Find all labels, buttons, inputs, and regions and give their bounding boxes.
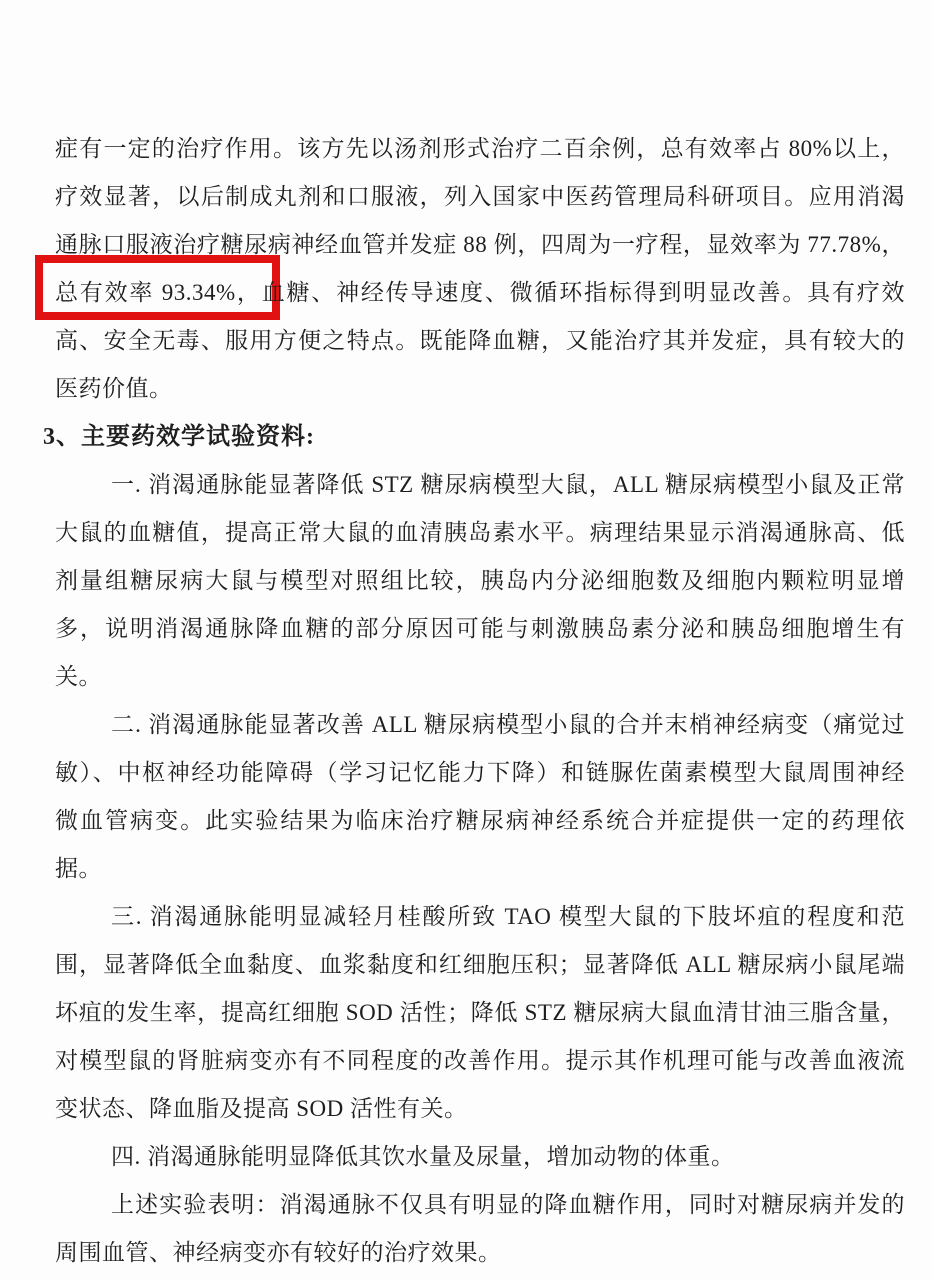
text-line: 二. 消渴通脉能显著改善 ALL 糖尿病模型小鼠的合并末梢神经病变（痛觉过	[55, 701, 905, 749]
highlight-box: 总有效率 93.34%，	[35, 255, 280, 320]
line-text: 三. 消渴通脉能明显减轻月桂酸所致 TAO 模型大鼠的下肢坏疽的程度和范	[111, 904, 905, 929]
line-text: 对模型鼠的肾脏病变亦有不同程度的改善作用。提示其作机理可能与改善血液流	[55, 1048, 905, 1073]
text-line: 医药价值。	[55, 365, 905, 413]
text-line: 坏疽的发生率，提高红细胞 SOD 活性；降低 STZ 糖尿病大鼠血清甘油三脂含量…	[55, 989, 905, 1037]
text-line: 变状态、降血脂及提高 SOD 活性有关。	[55, 1085, 905, 1133]
line-text: 症有一定的治疗作用。该方先以汤剂形式治疗二百余例，总有效率占 80%以上，	[55, 136, 905, 161]
text-line: 大鼠的血糖值，提高正常大鼠的血清胰岛素水平。病理结果显示消渴通脉高、低	[55, 509, 905, 557]
text-line: 一. 消渴通脉能显著降低 STZ 糖尿病模型大鼠，ALL 糖尿病模型小鼠及正常	[55, 461, 905, 509]
line-text: 四. 消渴通脉能明显降低其饮水量及尿量，增加动物的体重。	[111, 1144, 735, 1169]
line-text: 坏疽的发生率，提高红细胞 SOD 活性；降低 STZ 糖尿病大鼠血清甘油三脂含量…	[55, 1000, 905, 1025]
line-text: 医药价值。	[55, 376, 173, 401]
line-text: 周围血管、神经病变亦有较好的治疗效果。	[55, 1240, 502, 1265]
text-line: 疗效显著，以后制成丸剂和口服液，列入国家中医药管理局科研项目。应用消渴	[55, 173, 905, 221]
text-line: 敏）、中枢神经功能障碍（学习记忆能力下降）和链脲佐菌素模型大鼠周围神经	[55, 749, 905, 797]
text-line: 多，说明消渴通脉降血糖的部分原因可能与刺激胰岛素分泌和胰岛细胞增生有	[55, 605, 905, 653]
text-line: 对模型鼠的肾脏病变亦有不同程度的改善作用。提示其作机理可能与改善血液流	[55, 1037, 905, 1085]
line-text: 多，说明消渴通脉降血糖的部分原因可能与刺激胰岛素分泌和胰岛细胞增生有	[55, 616, 905, 641]
text-line: 剂量组糖尿病大鼠与模型对照组比较，胰岛内分泌细胞数及细胞内颗粒明显增	[55, 557, 905, 605]
line-text: 上述实验表明：消渴通脉不仅具有明显的降血糖作用，同时对糖尿病并发的	[111, 1192, 905, 1217]
document-body: 症有一定的治疗作用。该方先以汤剂形式治疗二百余例，总有效率占 80%以上，疗效显…	[55, 125, 905, 1277]
text-line: 四. 消渴通脉能明显降低其饮水量及尿量，增加动物的体重。	[55, 1133, 905, 1181]
text-line: 症有一定的治疗作用。该方先以汤剂形式治疗二百余例，总有效率占 80%以上，	[55, 125, 905, 173]
line-text: 剂量组糖尿病大鼠与模型对照组比较，胰岛内分泌细胞数及细胞内颗粒明显增	[55, 568, 905, 593]
line-text: 二. 消渴通脉能显著改善 ALL 糖尿病模型小鼠的合并末梢神经病变（痛觉过	[111, 712, 905, 737]
line-text: 高、安全无毒、服用方便之特点。既能降血糖，又能治疗其并发症，具有较大的	[55, 328, 905, 353]
line-text: 变状态、降血脂及提高 SOD 活性有关。	[55, 1096, 468, 1121]
text-line: 三. 消渴通脉能明显减轻月桂酸所致 TAO 模型大鼠的下肢坏疽的程度和范	[55, 893, 905, 941]
text-line: 关。	[55, 653, 905, 701]
line-text: 一. 消渴通脉能显著降低 STZ 糖尿病模型大鼠，ALL 糖尿病模型小鼠及正常	[111, 472, 905, 497]
text-line: 总有效率 93.34%，血糖、神经传导速度、微循环指标得到明显改善。具有疗效	[55, 269, 905, 317]
text-line: 高、安全无毒、服用方便之特点。既能降血糖，又能治疗其并发症，具有较大的	[55, 317, 905, 365]
text-line: 微血管病变。此实验结果为临床治疗糖尿病神经系统合并症提供一定的药理依	[55, 797, 905, 845]
text-line: 据。	[55, 845, 905, 893]
document-page: 症有一定的治疗作用。该方先以汤剂形式治疗二百余例，总有效率占 80%以上，疗效显…	[0, 0, 932, 1280]
line-text: 围，显著降低全血黏度、血浆黏度和红细胞压积；显著降低 ALL 糖尿病小鼠尾端	[55, 952, 905, 977]
line-text: 大鼠的血糖值，提高正常大鼠的血清胰岛素水平。病理结果显示消渴通脉高、低	[55, 520, 905, 545]
section-heading: 3、主要药效学试验资料:	[43, 413, 905, 461]
line-text: 血糖、神经传导速度、微循环指标得到明显改善。具有疗效	[262, 280, 905, 305]
text-line: 围，显著降低全血黏度、血浆黏度和红细胞压积；显著降低 ALL 糖尿病小鼠尾端	[55, 941, 905, 989]
line-text: 3、主要药效学试验资料:	[43, 424, 315, 450]
line-text: 微血管病变。此实验结果为临床治疗糖尿病神经系统合并症提供一定的药理依	[55, 808, 905, 833]
text-line: 上述实验表明：消渴通脉不仅具有明显的降血糖作用，同时对糖尿病并发的	[55, 1181, 905, 1229]
text-line: 周围血管、神经病变亦有较好的治疗效果。	[55, 1229, 905, 1277]
line-text: 关。	[55, 664, 102, 689]
line-text: 据。	[55, 856, 102, 881]
line-text: 通脉口服液治疗糖尿病神经血管并发症 88 例，四周为一疗程，显效率为 77.78…	[55, 232, 905, 257]
line-text: 敏）、中枢神经功能障碍（学习记忆能力下降）和链脲佐菌素模型大鼠周围神经	[55, 760, 905, 785]
line-text: 疗效显著，以后制成丸剂和口服液，列入国家中医药管理局科研项目。应用消渴	[55, 184, 905, 209]
